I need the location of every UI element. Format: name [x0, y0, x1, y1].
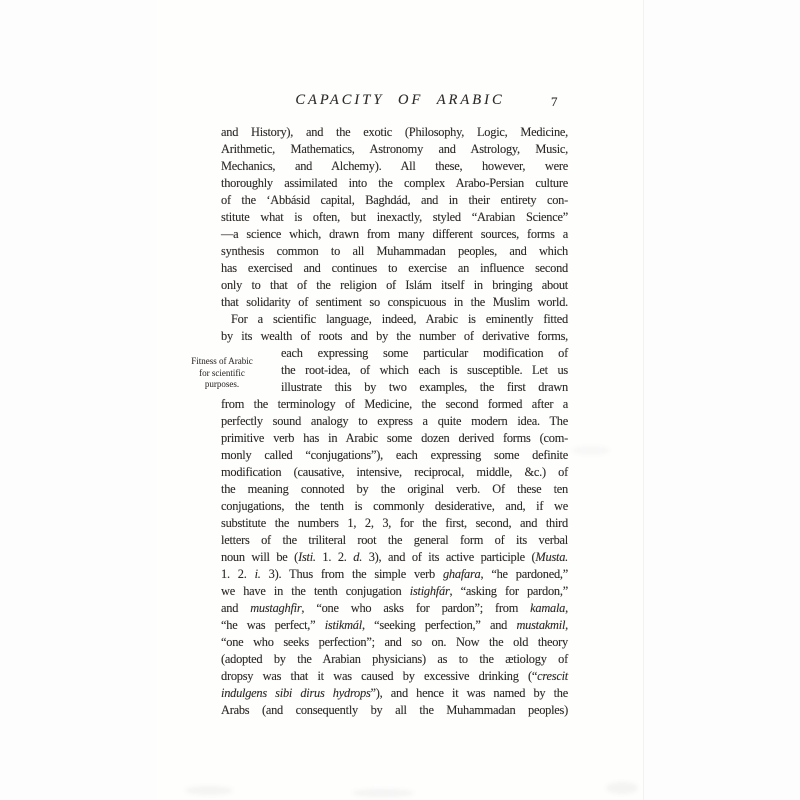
body-line: For a scientific language, indeed, Arabi… [221, 311, 568, 328]
text: of the ‘Abbásid capital, Baghdád, and in… [221, 193, 568, 207]
scan-smudge [352, 789, 414, 797]
text: , “seeking perfection,” and [362, 618, 517, 632]
body-line: perfectly sound analogy to express a qui… [221, 413, 568, 430]
text: , “asking for pardon,” [450, 584, 568, 598]
text: synthesis common to all Muhammadan peopl… [221, 244, 568, 258]
italic-text: d. [353, 550, 362, 564]
text: , “he pardoned,” [480, 567, 568, 581]
text: the meaning connoted by the original ver… [221, 482, 568, 496]
body-line: by its wealth of roots and by the number… [221, 328, 568, 345]
italic-text: mustaghfir [250, 601, 301, 615]
body-line: of the ‘Abbásid capital, Baghdád, and in… [221, 192, 568, 209]
margin-note: Fitness of Arabicfor scientificpurposes. [183, 356, 261, 391]
text: noun will be ( [221, 550, 298, 564]
italic-text: mustakmil [516, 618, 565, 632]
text: substitute the numbers 1, 2, 3, for the … [221, 516, 568, 530]
body-line: —a science which, drawn from many differ… [221, 226, 568, 243]
margin-note-line: purposes. [183, 379, 261, 391]
text: For a scientific language, indeed, Arabi… [231, 312, 568, 326]
text: perfectly sound analogy to express a qui… [221, 414, 568, 428]
text: Mechanics, and Alchemy). All these, howe… [221, 159, 568, 173]
scan-smudge [185, 786, 233, 795]
italic-text: kamala [530, 601, 565, 615]
body-line: “he was perfect,” istikmál, “seeking per… [221, 617, 568, 634]
text: thoroughly assimilated into the complex … [221, 176, 568, 190]
body-line: synthesis common to all Muhammadan peopl… [221, 243, 568, 260]
body-line: indulgens sibi dirus hydrops”), and henc… [221, 685, 568, 702]
text: and History), and the exotic (Philosophy… [221, 125, 568, 139]
body-line: and mustaghfir, “one who asks for pardon… [221, 600, 568, 617]
body-line: thoroughly assimilated into the complex … [221, 175, 568, 192]
text: , [565, 618, 568, 632]
scan-smudge [606, 782, 638, 794]
text: 1. 2. [316, 550, 354, 564]
body-line: monly called “conjugations”), each expre… [221, 447, 568, 464]
text: , [565, 601, 568, 615]
margin-note-line: Fitness of Arabic [183, 356, 261, 368]
text: 1. 2. [221, 567, 255, 581]
text: “one who seeks perfection”; and so on. N… [221, 635, 568, 649]
body-line: 1. 2. i. 3). Thus from the simple verb g… [221, 566, 568, 583]
text: each expressing some particular modifica… [281, 346, 568, 360]
body-line: substitute the numbers 1, 2, 3, for the … [221, 515, 568, 532]
text: “he was perfect,” [221, 618, 325, 632]
body-line: has exercised and continues to exercise … [221, 260, 568, 277]
body-line: dropsy was that it was caused by excessi… [221, 668, 568, 685]
body-line: “one who seeks perfection”; and so on. N… [221, 634, 568, 651]
text: that solidarity of sentiment so conspicu… [221, 295, 568, 309]
italic-text: ghafara [443, 567, 481, 581]
page-number: 7 [551, 94, 558, 110]
text: monly called “conjugations”), each expre… [221, 448, 568, 462]
body-line: Mechanics, and Alchemy). All these, howe… [221, 158, 568, 175]
page-body: and History), and the exotic (Philosophy… [221, 124, 568, 719]
text: dropsy was that it was caused by excessi… [221, 669, 537, 683]
italic-text: crescit [537, 669, 568, 683]
text: from the terminology of Medicine, the se… [221, 397, 568, 411]
text: Arabs (and consequently by all the Muham… [221, 703, 568, 717]
italic-text: Musta. [535, 550, 568, 564]
text: , “one who asks for pardon”; from [301, 601, 530, 615]
body-line: from the terminology of Medicine, the se… [221, 396, 568, 413]
italic-text: istikmál [325, 618, 362, 632]
body-line: stitute what is often, but inexactly, st… [221, 209, 568, 226]
body-line: and History), and the exotic (Philosophy… [221, 124, 568, 141]
text: primitive verb has in Arabic some dozen … [221, 431, 568, 445]
text: (adopted by the Arabian physicians) as t… [221, 652, 568, 666]
body-line: conjugations, the tenth is commonly desi… [221, 498, 568, 515]
text: we have in the tenth conjugation [221, 584, 410, 598]
body-line: (adopted by the Arabian physicians) as t… [221, 651, 568, 668]
body-line: only to that of the religion of Islám it… [221, 277, 568, 294]
book-page: CAPACITY OF ARABIC 7 and History), and t… [157, 0, 643, 800]
body-line: Arabs (and consequently by all the Muham… [221, 702, 568, 719]
margin-note-line: for scientific [183, 368, 261, 380]
text: has exercised and continues to exercise … [221, 261, 568, 275]
text: conjugations, the tenth is commonly desi… [221, 499, 568, 513]
text: Arithmetic, Mathematics, Astronomy and A… [221, 142, 568, 156]
text: 3), and of its active participle ( [362, 550, 535, 564]
text: 3). Thus from the simple verb [261, 567, 443, 581]
body-line: Arithmetic, Mathematics, Astronomy and A… [221, 141, 568, 158]
page-right-edge [643, 0, 644, 800]
running-header: CAPACITY OF ARABIC 7 [157, 92, 643, 110]
text: letters of the triliteral root the gener… [221, 533, 568, 547]
text: illustrate this by two examples, the fir… [281, 380, 568, 394]
italic-text: istighfár [410, 584, 450, 598]
body-line: each expressing some particular modifica… [281, 345, 568, 362]
text: and [221, 601, 250, 615]
text: ”), and hence it was named by the [371, 686, 568, 700]
body-line: noun will be (Isti. 1. 2. d. 3), and of … [221, 549, 568, 566]
body-line: the meaning connoted by the original ver… [221, 481, 568, 498]
body-line: we have in the tenth conjugation istighf… [221, 583, 568, 600]
italic-text: indulgens sibi dirus hydrops [221, 686, 371, 700]
italic-text: Isti. [298, 550, 316, 564]
text: by its wealth of roots and by the number… [221, 329, 568, 343]
running-header-title: CAPACITY OF ARABIC [157, 92, 643, 109]
scan-smudge [572, 446, 610, 455]
body-line: letters of the triliteral root the gener… [221, 532, 568, 549]
scanned-book-page: { "scan": { "colors": { "ink": "#2e2a28"… [0, 0, 800, 800]
body-line: that solidarity of sentiment so conspicu… [221, 294, 568, 311]
body-line: the root-idea, of which each is suscepti… [281, 362, 568, 379]
text: modification (causative, intensive, reci… [221, 465, 568, 479]
text: stitute what is often, but inexactly, st… [221, 210, 568, 224]
text: —a science which, drawn from many differ… [221, 227, 568, 241]
body-line: modification (causative, intensive, reci… [221, 464, 568, 481]
body-line: primitive verb has in Arabic some dozen … [221, 430, 568, 447]
text: the root-idea, of which each is suscepti… [281, 363, 568, 377]
text: only to that of the religion of Islám it… [221, 278, 568, 292]
body-line: illustrate this by two examples, the fir… [281, 379, 568, 396]
